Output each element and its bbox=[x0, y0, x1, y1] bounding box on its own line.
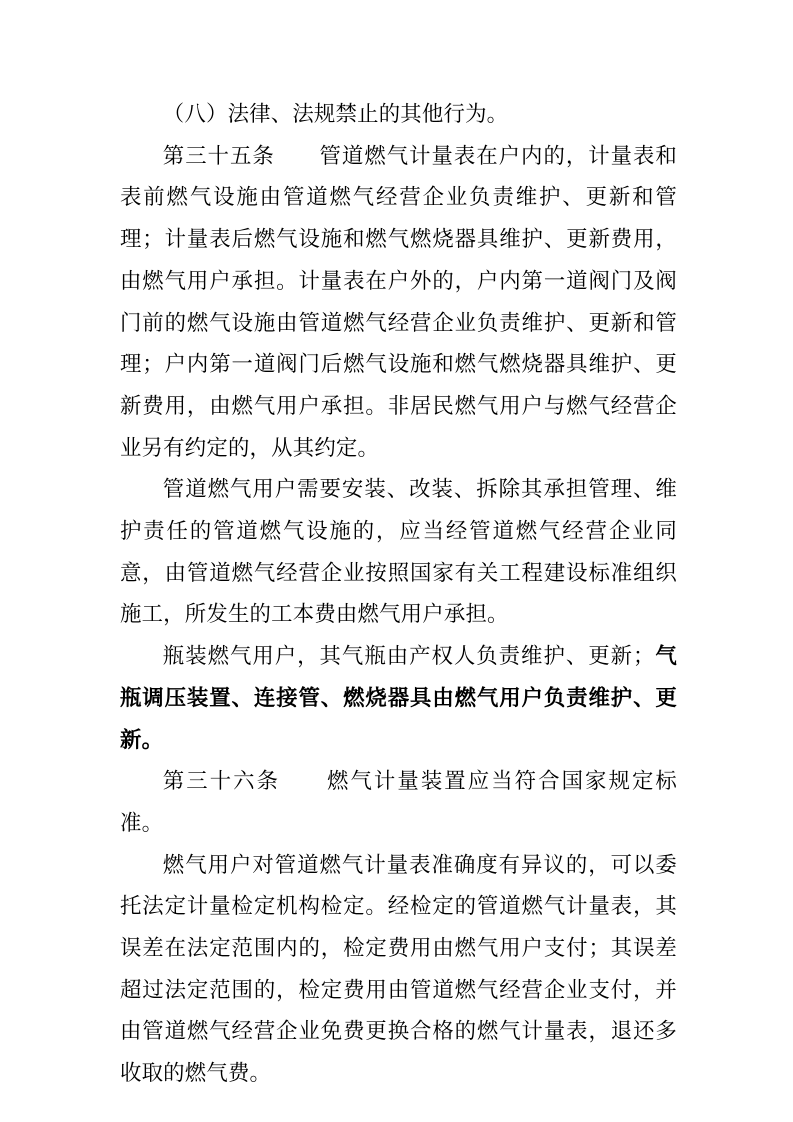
document-page: （八）法律、法规禁止的其他行为。 第三十五条 管道燃气计量表在户内的，计量表和表… bbox=[0, 0, 793, 1122]
paragraph: 燃气用户对管道燃气计量表准确度有异议的，可以委托法定计量检定机构检定。经检定的管… bbox=[120, 845, 677, 1095]
paragraph-article-36: 第三十六条 燃气计量装置应当符合国家规定标准。 bbox=[120, 761, 677, 844]
paragraph: （八）法律、法规禁止的其他行为。 bbox=[120, 94, 677, 136]
paragraph: 瓶装燃气用户，其气瓶由产权人负责维护、更新；气瓶调压装置、连接管、燃烧器具由燃气… bbox=[120, 636, 677, 761]
text-run: 第三十六条 燃气计量装置应当符合国家规定标准。 bbox=[120, 769, 677, 835]
document-content: （八）法律、法规禁止的其他行为。 第三十五条 管道燃气计量表在户内的，计量表和表… bbox=[120, 94, 677, 1095]
paragraph-article-35: 第三十五条 管道燃气计量表在户内的，计量表和表前燃气设施由管道燃气经营企业负责维… bbox=[120, 136, 677, 470]
paragraph: 管道燃气用户需要安装、改装、拆除其承担管理、维护责任的管道燃气设施的，应当经管道… bbox=[120, 469, 677, 636]
text-run: 瓶装燃气用户，其气瓶由产权人负责维护、更新； bbox=[163, 644, 655, 668]
text-run: （八）法律、法规禁止的其他行为。 bbox=[163, 102, 508, 126]
text-run: 燃气用户对管道燃气计量表准确度有异议的，可以委托法定计量检定机构检定。经检定的管… bbox=[120, 853, 677, 1086]
text-run: 管道燃气用户需要安装、改装、拆除其承担管理、维护责任的管道燃气设施的，应当经管道… bbox=[120, 477, 677, 626]
text-run: 第三十五条 管道燃气计量表在户内的，计量表和表前燃气设施由管道燃气经营企业负责维… bbox=[120, 144, 677, 460]
